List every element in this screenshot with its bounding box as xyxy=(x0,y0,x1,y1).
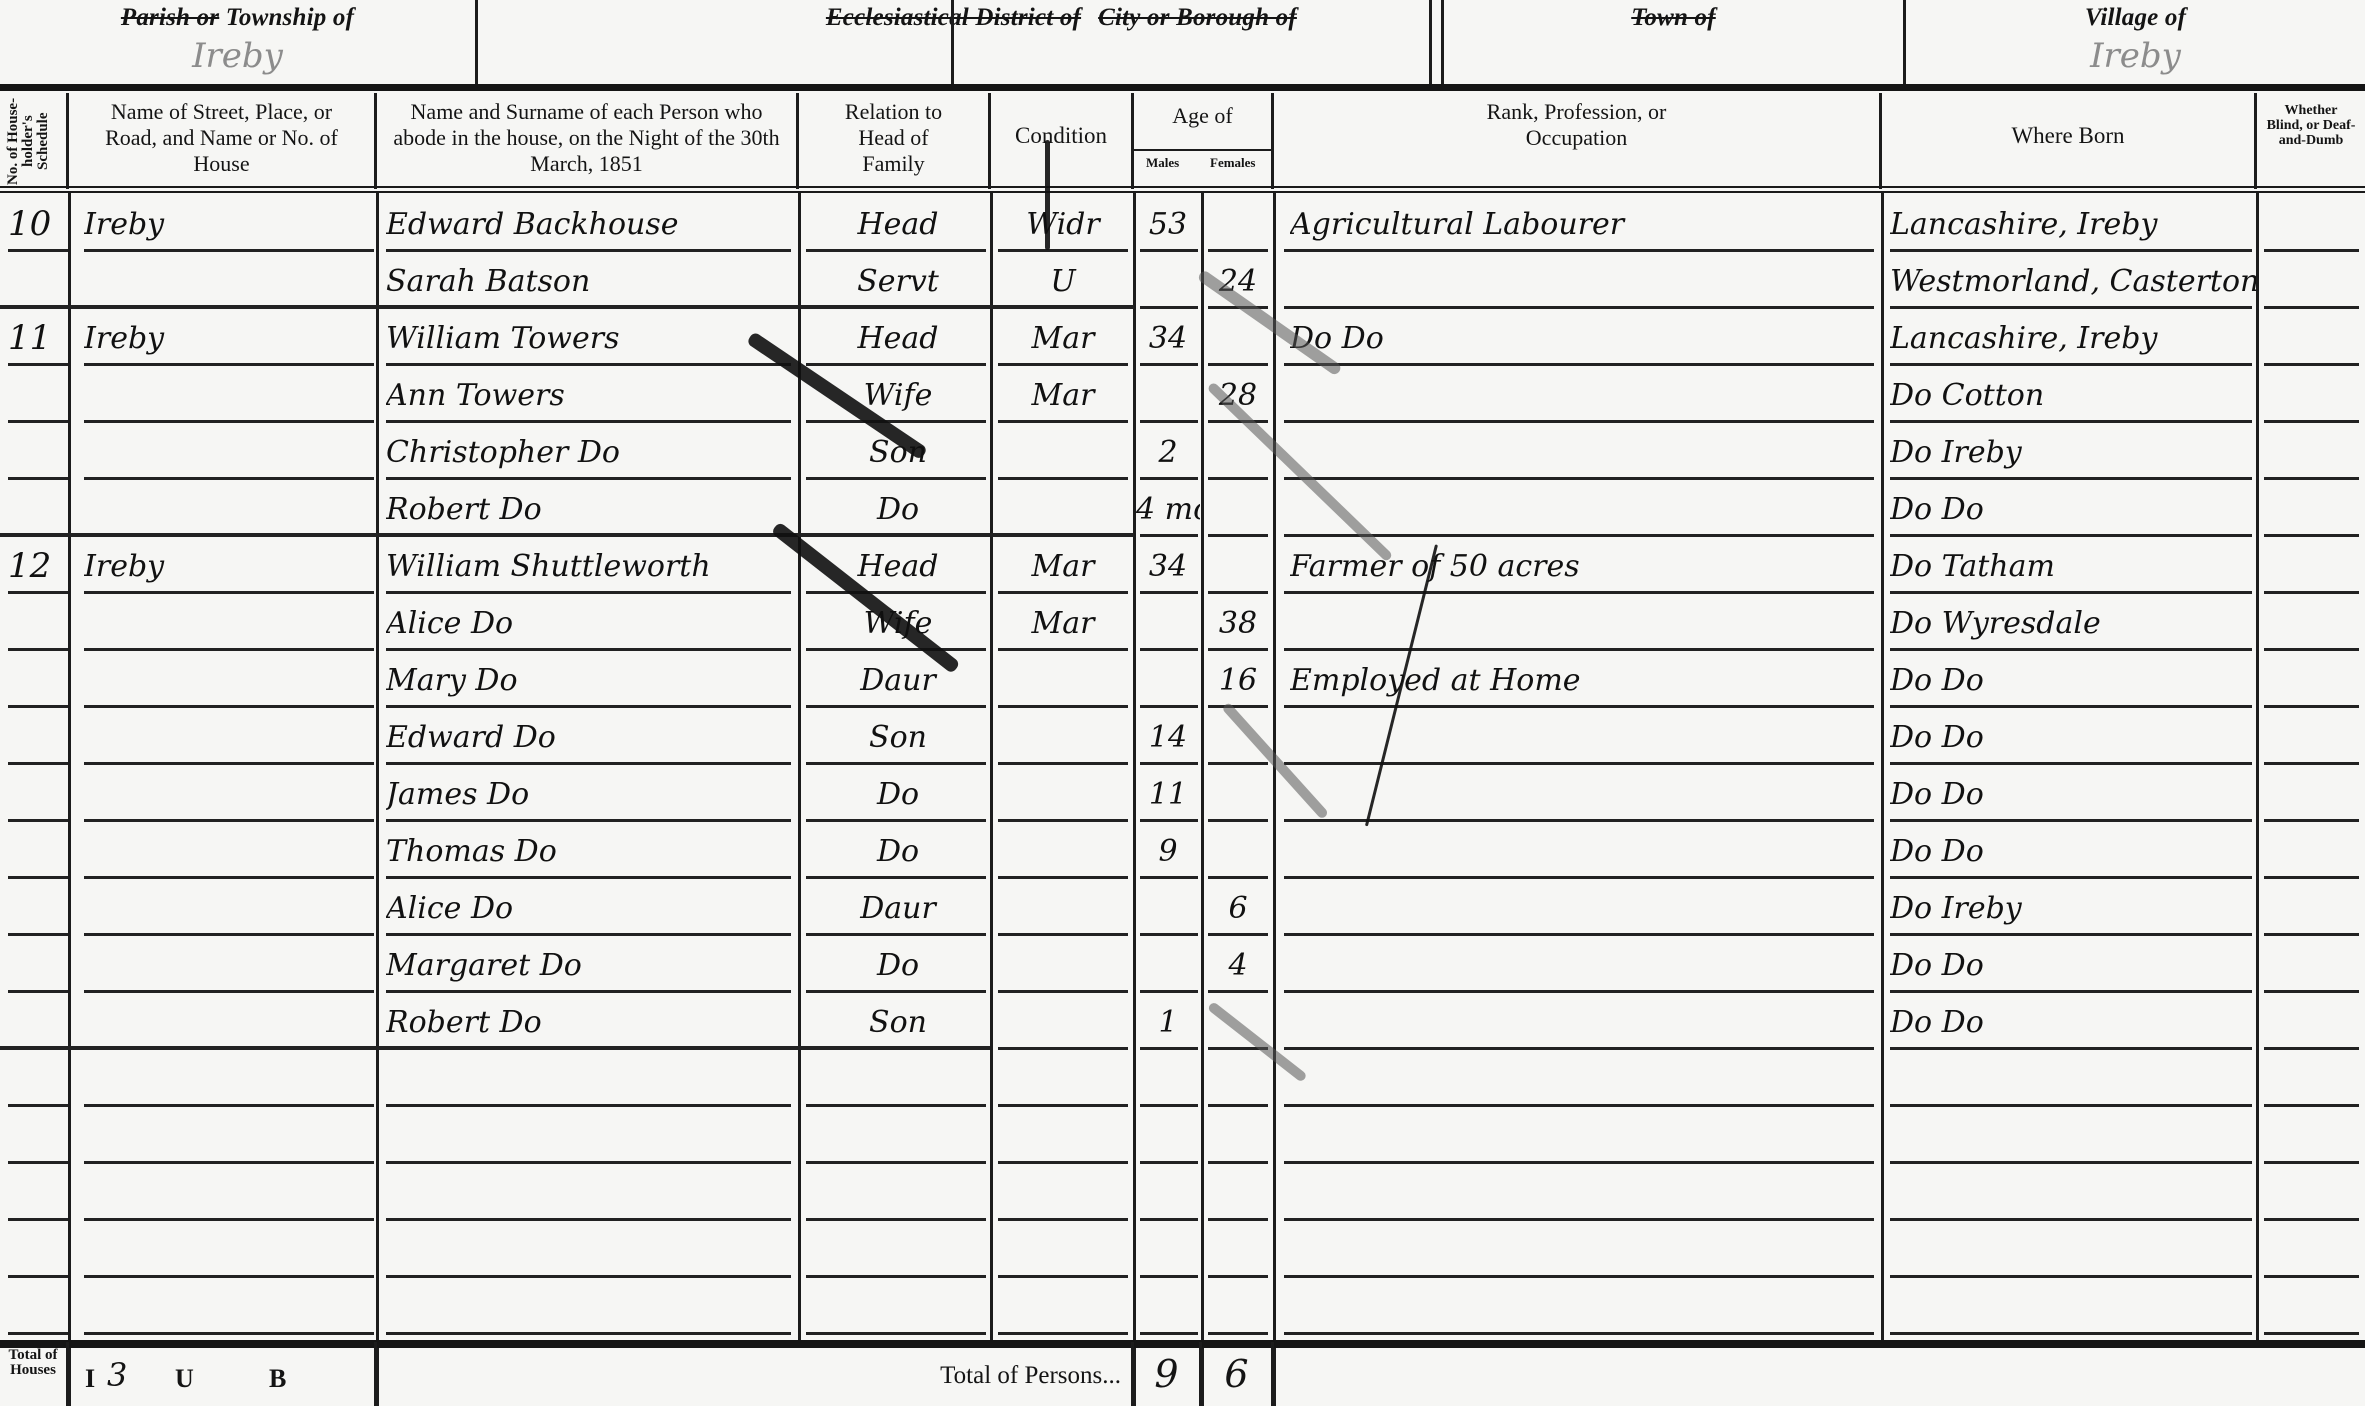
female-age: 4 xyxy=(1204,937,1272,994)
birthplace: Do Do xyxy=(1890,709,2256,766)
person-name: William Shuttleworth xyxy=(386,538,796,595)
empty-row-rule xyxy=(1140,1275,1198,1278)
township-label: Township of xyxy=(226,4,354,31)
schedule-number: 10 xyxy=(0,196,69,253)
empty-row-rule xyxy=(8,1275,68,1278)
empty-row-rule xyxy=(1284,1218,1874,1221)
row-rule xyxy=(998,591,1128,594)
person-name: Mary Do xyxy=(386,652,796,709)
row-rule xyxy=(1208,477,1268,480)
empty-row-rule xyxy=(2264,1161,2359,1164)
row-rule xyxy=(1208,420,1268,423)
building-label: B xyxy=(269,1364,286,1394)
row-rule xyxy=(1208,534,1268,537)
birthplace: Westmorland, Casterton xyxy=(1890,253,2256,310)
row-rule xyxy=(8,420,68,423)
relation: Servt xyxy=(806,253,990,310)
person-name: William Towers xyxy=(386,310,796,367)
street-name: Ireby xyxy=(84,196,376,253)
row-rule xyxy=(806,591,986,594)
row-rule xyxy=(1284,306,1874,309)
row-rule xyxy=(1140,876,1198,879)
condition xyxy=(994,823,1132,880)
empty-row-rule xyxy=(806,1218,986,1221)
female-age: 6 xyxy=(1204,880,1272,937)
condition: Mar xyxy=(994,538,1132,595)
row-rule xyxy=(1890,249,2252,252)
row-rule xyxy=(1208,705,1268,708)
row-rule xyxy=(8,819,68,822)
row-rule xyxy=(386,762,791,765)
row-rule xyxy=(84,705,374,708)
grid-line xyxy=(1881,193,1884,1343)
male-age xyxy=(1136,253,1200,310)
row-rule xyxy=(386,705,791,708)
row-rule xyxy=(2264,477,2359,480)
relation: Daur xyxy=(806,880,990,937)
row-rule xyxy=(386,420,791,423)
row-rule xyxy=(806,363,986,366)
empty-row-rule xyxy=(386,1218,791,1221)
person-name: Alice Do xyxy=(386,595,796,652)
row-rule xyxy=(8,477,68,480)
empty-row-rule xyxy=(84,1161,374,1164)
empty-row-rule xyxy=(8,1161,68,1164)
schedule-number: 11 xyxy=(0,310,69,367)
household-divider xyxy=(0,1046,990,1050)
birthplace: Do Tatham xyxy=(1890,538,2256,595)
row-rule xyxy=(806,477,986,480)
grid-line xyxy=(376,193,379,1406)
row-rule xyxy=(2264,363,2359,366)
male-age: 14 xyxy=(1136,709,1200,766)
empty-row-rule xyxy=(2264,1332,2359,1335)
occupation: Do Do xyxy=(1290,310,1880,367)
row-rule xyxy=(386,648,791,651)
occupation: Agricultural Labourer xyxy=(1290,196,1880,253)
person-name: Christopher Do xyxy=(386,424,796,481)
total-persons-cell: Total of Persons... xyxy=(377,1342,1134,1406)
male-age: 4 mo xyxy=(1136,481,1200,538)
male-age xyxy=(1136,937,1200,994)
row-rule xyxy=(386,933,791,936)
row-rule xyxy=(386,591,791,594)
occupation xyxy=(1290,994,1880,1051)
street-name xyxy=(84,253,376,310)
row-rule xyxy=(1284,420,1874,423)
row-rule xyxy=(1208,762,1268,765)
males-label: Males xyxy=(1146,155,1179,171)
row-rule xyxy=(998,762,1128,765)
birthplace: Do Do xyxy=(1890,652,2256,709)
total-males-cell: 9 xyxy=(1134,1342,1202,1406)
birthplace: Do Cotton xyxy=(1890,367,2256,424)
female-age xyxy=(1204,481,1272,538)
person-name: Sarah Batson xyxy=(386,253,796,310)
condition xyxy=(994,652,1132,709)
row-rule xyxy=(386,363,791,366)
header-double-rule-2 xyxy=(0,191,2365,193)
row-rule xyxy=(1140,591,1198,594)
row-rule xyxy=(84,762,374,765)
row-rule xyxy=(84,249,374,252)
row-rule xyxy=(8,648,68,651)
row-rule xyxy=(1208,876,1268,879)
row-rule xyxy=(2264,990,2359,993)
schedule-number xyxy=(0,652,69,709)
row-rule xyxy=(1890,420,2252,423)
male-age: 9 xyxy=(1136,823,1200,880)
row-rule xyxy=(1284,933,1874,936)
row-rule xyxy=(1890,819,2252,822)
empty-row-rule xyxy=(1208,1275,1268,1278)
condition: Mar xyxy=(994,595,1132,652)
row-rule xyxy=(1890,306,2252,309)
street-name xyxy=(84,766,376,823)
col-occupation: Rank, Profession, or Occupation xyxy=(1274,93,1882,189)
row-rule xyxy=(2264,876,2359,879)
row-rule xyxy=(1284,363,1874,366)
row-rule xyxy=(806,990,986,993)
row-rule xyxy=(1140,933,1198,936)
row-rule xyxy=(1208,249,1268,252)
occupation xyxy=(1290,709,1880,766)
row-rule xyxy=(1140,420,1198,423)
male-age xyxy=(1136,880,1200,937)
empty-row-rule xyxy=(806,1104,986,1107)
empty-row-rule xyxy=(998,1161,1128,1164)
row-rule xyxy=(2264,420,2359,423)
col-condition: Condition xyxy=(991,93,1134,189)
empty-row-rule xyxy=(1890,1275,2252,1278)
person-name: Edward Do xyxy=(386,709,796,766)
row-rule xyxy=(84,819,374,822)
houses-tally: I 3 U B xyxy=(69,1342,377,1406)
row-rule xyxy=(806,819,986,822)
person-name: Alice Do xyxy=(386,880,796,937)
birthplace: Lancashire, Ireby xyxy=(1890,196,2256,253)
row-rule xyxy=(2264,819,2359,822)
empty-row-rule xyxy=(806,1275,986,1278)
person-name: Robert Do xyxy=(386,481,796,538)
row-rule xyxy=(1140,363,1198,366)
row-rule xyxy=(1140,648,1198,651)
relation: Son xyxy=(806,994,990,1051)
male-age: 34 xyxy=(1136,538,1200,595)
row-rule xyxy=(8,363,68,366)
col-born: Where Born xyxy=(1882,93,2257,189)
row-rule xyxy=(8,876,68,879)
row-rule xyxy=(2264,534,2359,537)
empty-row-rule xyxy=(1208,1218,1268,1221)
schedule-number xyxy=(0,823,69,880)
empty-row-rule xyxy=(84,1218,374,1221)
occupation xyxy=(1290,595,1880,652)
condition: Mar xyxy=(994,310,1132,367)
empty-row-rule xyxy=(806,1161,986,1164)
occupation xyxy=(1290,367,1880,424)
empty-row-rule xyxy=(806,1332,986,1335)
row-rule xyxy=(1284,648,1874,651)
condition xyxy=(994,424,1132,481)
row-rule xyxy=(8,705,68,708)
city-field xyxy=(954,0,2365,86)
row-rule xyxy=(1140,534,1198,537)
street-name xyxy=(84,367,376,424)
male-age: 53 xyxy=(1136,196,1200,253)
row-rule xyxy=(2264,249,2359,252)
row-rule xyxy=(84,648,374,651)
condition xyxy=(994,709,1132,766)
grid-line xyxy=(2256,193,2259,1343)
birthplace: Lancashire, Ireby xyxy=(1890,310,2256,367)
relation: Head xyxy=(806,310,990,367)
occupation: Employed at Home xyxy=(1290,652,1880,709)
col-name: Name and Surname of each Person who abod… xyxy=(377,93,799,189)
row-rule xyxy=(1208,363,1268,366)
condition: U xyxy=(994,253,1132,310)
empty-row-rule xyxy=(8,1218,68,1221)
street-name xyxy=(84,880,376,937)
header-double-rule-1 xyxy=(0,186,2365,188)
row-rule xyxy=(998,933,1128,936)
schedule-number xyxy=(0,367,69,424)
empty-row-rule xyxy=(386,1275,791,1278)
empty-row-rule xyxy=(1890,1104,2252,1107)
row-rule xyxy=(998,819,1128,822)
total-females-value: 6 xyxy=(1202,1352,1271,1396)
empty-row-rule xyxy=(1140,1104,1198,1107)
birthplace: Do Do xyxy=(1890,823,2256,880)
occupation xyxy=(1290,937,1880,994)
row-rule xyxy=(386,477,791,480)
row-rule xyxy=(1208,933,1268,936)
row-rule xyxy=(386,876,791,879)
street-name xyxy=(84,709,376,766)
row-rule xyxy=(1284,762,1874,765)
row-rule xyxy=(2264,591,2359,594)
schedule-number xyxy=(0,994,69,1051)
row-rule xyxy=(1890,363,2252,366)
empty-row-rule xyxy=(1890,1161,2252,1164)
grid-line xyxy=(990,193,993,1343)
schedule-number xyxy=(0,880,69,937)
occupation xyxy=(1290,253,1880,310)
row-rule xyxy=(1284,990,1874,993)
row-rule xyxy=(806,420,986,423)
person-name: Thomas Do xyxy=(386,823,796,880)
row-rule xyxy=(84,477,374,480)
row-rule xyxy=(998,648,1128,651)
col-age: Age of Males Females xyxy=(1134,93,1274,189)
relation: Do xyxy=(806,937,990,994)
empty-row-rule xyxy=(1284,1161,1874,1164)
row-rule xyxy=(806,876,986,879)
female-age xyxy=(1204,766,1272,823)
row-rule xyxy=(1140,762,1198,765)
condition: Mar xyxy=(994,367,1132,424)
row-rule xyxy=(1284,1047,1874,1050)
row-rule xyxy=(8,933,68,936)
relation: Do xyxy=(806,823,990,880)
male-age: 34 xyxy=(1136,310,1200,367)
col-schedule: No. of House-holder's Schedule xyxy=(0,93,69,189)
condition xyxy=(994,481,1132,538)
birthplace: Do Ireby xyxy=(1890,424,2256,481)
empty-row-rule xyxy=(84,1104,374,1107)
empty-row-rule xyxy=(998,1332,1128,1335)
birthplace: Do Wyresdale xyxy=(1890,595,2256,652)
birthplace: Do Do xyxy=(1890,994,2256,1051)
row-rule xyxy=(1890,534,2252,537)
row-rule xyxy=(2264,1047,2359,1050)
row-rule xyxy=(84,876,374,879)
relation: Son xyxy=(806,709,990,766)
total-persons-label: Total of Persons... xyxy=(940,1362,1121,1390)
schedule-number xyxy=(0,424,69,481)
row-rule xyxy=(1140,990,1198,993)
row-rule xyxy=(806,933,986,936)
street-name: Ireby xyxy=(84,538,376,595)
census-page: Parish or Township of Ireby Ecclesiastic… xyxy=(0,0,2365,1406)
parish-field: Parish or Township of Ireby xyxy=(0,0,478,86)
col-relation: Relation to Head of Family xyxy=(799,93,991,189)
empty-row-rule xyxy=(8,1332,68,1335)
females-label: Females xyxy=(1210,155,1255,171)
uninhabited-label: U xyxy=(175,1364,194,1394)
male-age: 11 xyxy=(1136,766,1200,823)
row-rule xyxy=(1890,933,2252,936)
row-rule xyxy=(1284,249,1874,252)
schedule-number xyxy=(0,595,69,652)
street-name xyxy=(84,652,376,709)
person-name: Edward Backhouse xyxy=(386,196,796,253)
empty-row-rule xyxy=(998,1218,1128,1221)
row-rule xyxy=(1208,648,1268,651)
total-houses-label: Total of Houses xyxy=(0,1342,69,1406)
relation: Do xyxy=(806,481,990,538)
row-rule xyxy=(806,648,986,651)
row-rule xyxy=(8,762,68,765)
row-rule xyxy=(1890,1047,2252,1050)
condition xyxy=(994,937,1132,994)
empty-row-rule xyxy=(386,1104,791,1107)
row-rule xyxy=(806,249,986,252)
male-age xyxy=(1136,595,1200,652)
row-rule xyxy=(386,249,791,252)
row-rule xyxy=(998,705,1128,708)
inhabited-value: 3 xyxy=(107,1356,127,1394)
person-name: James Do xyxy=(386,766,796,823)
schedule-number xyxy=(0,766,69,823)
household-divider xyxy=(0,533,1134,537)
row-rule xyxy=(1284,819,1874,822)
birthplace: Do Do xyxy=(1890,937,2256,994)
occupation xyxy=(1290,823,1880,880)
schedule-number xyxy=(0,937,69,994)
empty-row-rule xyxy=(1140,1332,1198,1335)
row-rule xyxy=(386,819,791,822)
empty-row-rule xyxy=(2264,1275,2359,1278)
empty-row-rule xyxy=(1284,1332,1874,1335)
male-age xyxy=(1136,367,1200,424)
household-divider xyxy=(0,305,1134,309)
row-rule xyxy=(1890,876,2252,879)
row-rule xyxy=(2264,933,2359,936)
row-rule xyxy=(1140,306,1198,309)
row-rule xyxy=(386,990,791,993)
occupation xyxy=(1290,481,1880,538)
row-rule xyxy=(1140,1047,1198,1050)
col-street: Name of Street, Place, or Road, and Name… xyxy=(69,93,377,189)
relation: Head xyxy=(806,196,990,253)
condition: Widr xyxy=(994,196,1132,253)
row-rule xyxy=(998,876,1128,879)
empty-row-rule xyxy=(84,1332,374,1335)
row-rule xyxy=(998,477,1128,480)
row-rule xyxy=(84,420,374,423)
row-rule xyxy=(1890,648,2252,651)
row-rule xyxy=(1140,705,1198,708)
row-rule xyxy=(2264,705,2359,708)
street-name: Ireby xyxy=(84,310,376,367)
row-rule xyxy=(1890,762,2252,765)
empty-row-rule xyxy=(8,1104,68,1107)
street-name xyxy=(84,481,376,538)
street-name xyxy=(84,424,376,481)
female-age: 16 xyxy=(1204,652,1272,709)
person-name: Margaret Do xyxy=(386,937,796,994)
empty-row-rule xyxy=(1140,1161,1198,1164)
row-rule xyxy=(998,990,1128,993)
row-rule xyxy=(1890,477,2252,480)
row-rule xyxy=(84,990,374,993)
total-females-cell: 6 xyxy=(1202,1342,1274,1406)
row-rule xyxy=(8,990,68,993)
parish-struck-label: Parish or xyxy=(121,4,219,31)
row-rule xyxy=(806,762,986,765)
empty-row-rule xyxy=(998,1104,1128,1107)
row-rule xyxy=(1208,819,1268,822)
occupation xyxy=(1290,424,1880,481)
empty-row-rule xyxy=(386,1332,791,1335)
row-rule xyxy=(84,933,374,936)
row-rule xyxy=(1284,591,1874,594)
condition xyxy=(994,994,1132,1051)
occupation xyxy=(1290,880,1880,937)
header-band: Parish or Township of Ireby Ecclesiastic… xyxy=(0,0,2365,86)
empty-row-rule xyxy=(998,1275,1128,1278)
condition xyxy=(994,766,1132,823)
female-age xyxy=(1204,538,1272,595)
schedule-number xyxy=(0,709,69,766)
empty-row-rule xyxy=(386,1161,791,1164)
row-rule xyxy=(1284,477,1874,480)
row-rule xyxy=(84,363,374,366)
birthplace: Do Do xyxy=(1890,766,2256,823)
row-rule xyxy=(2264,648,2359,651)
birthplace: Do Ireby xyxy=(1890,880,2256,937)
street-name xyxy=(84,823,376,880)
row-rule xyxy=(998,1047,1128,1050)
relation: Daur xyxy=(806,652,990,709)
empty-row-rule xyxy=(1284,1104,1874,1107)
row-rule xyxy=(8,249,68,252)
street-name xyxy=(84,937,376,994)
empty-row-rule xyxy=(1284,1275,1874,1278)
condition xyxy=(994,880,1132,937)
schedule-number xyxy=(0,253,69,310)
